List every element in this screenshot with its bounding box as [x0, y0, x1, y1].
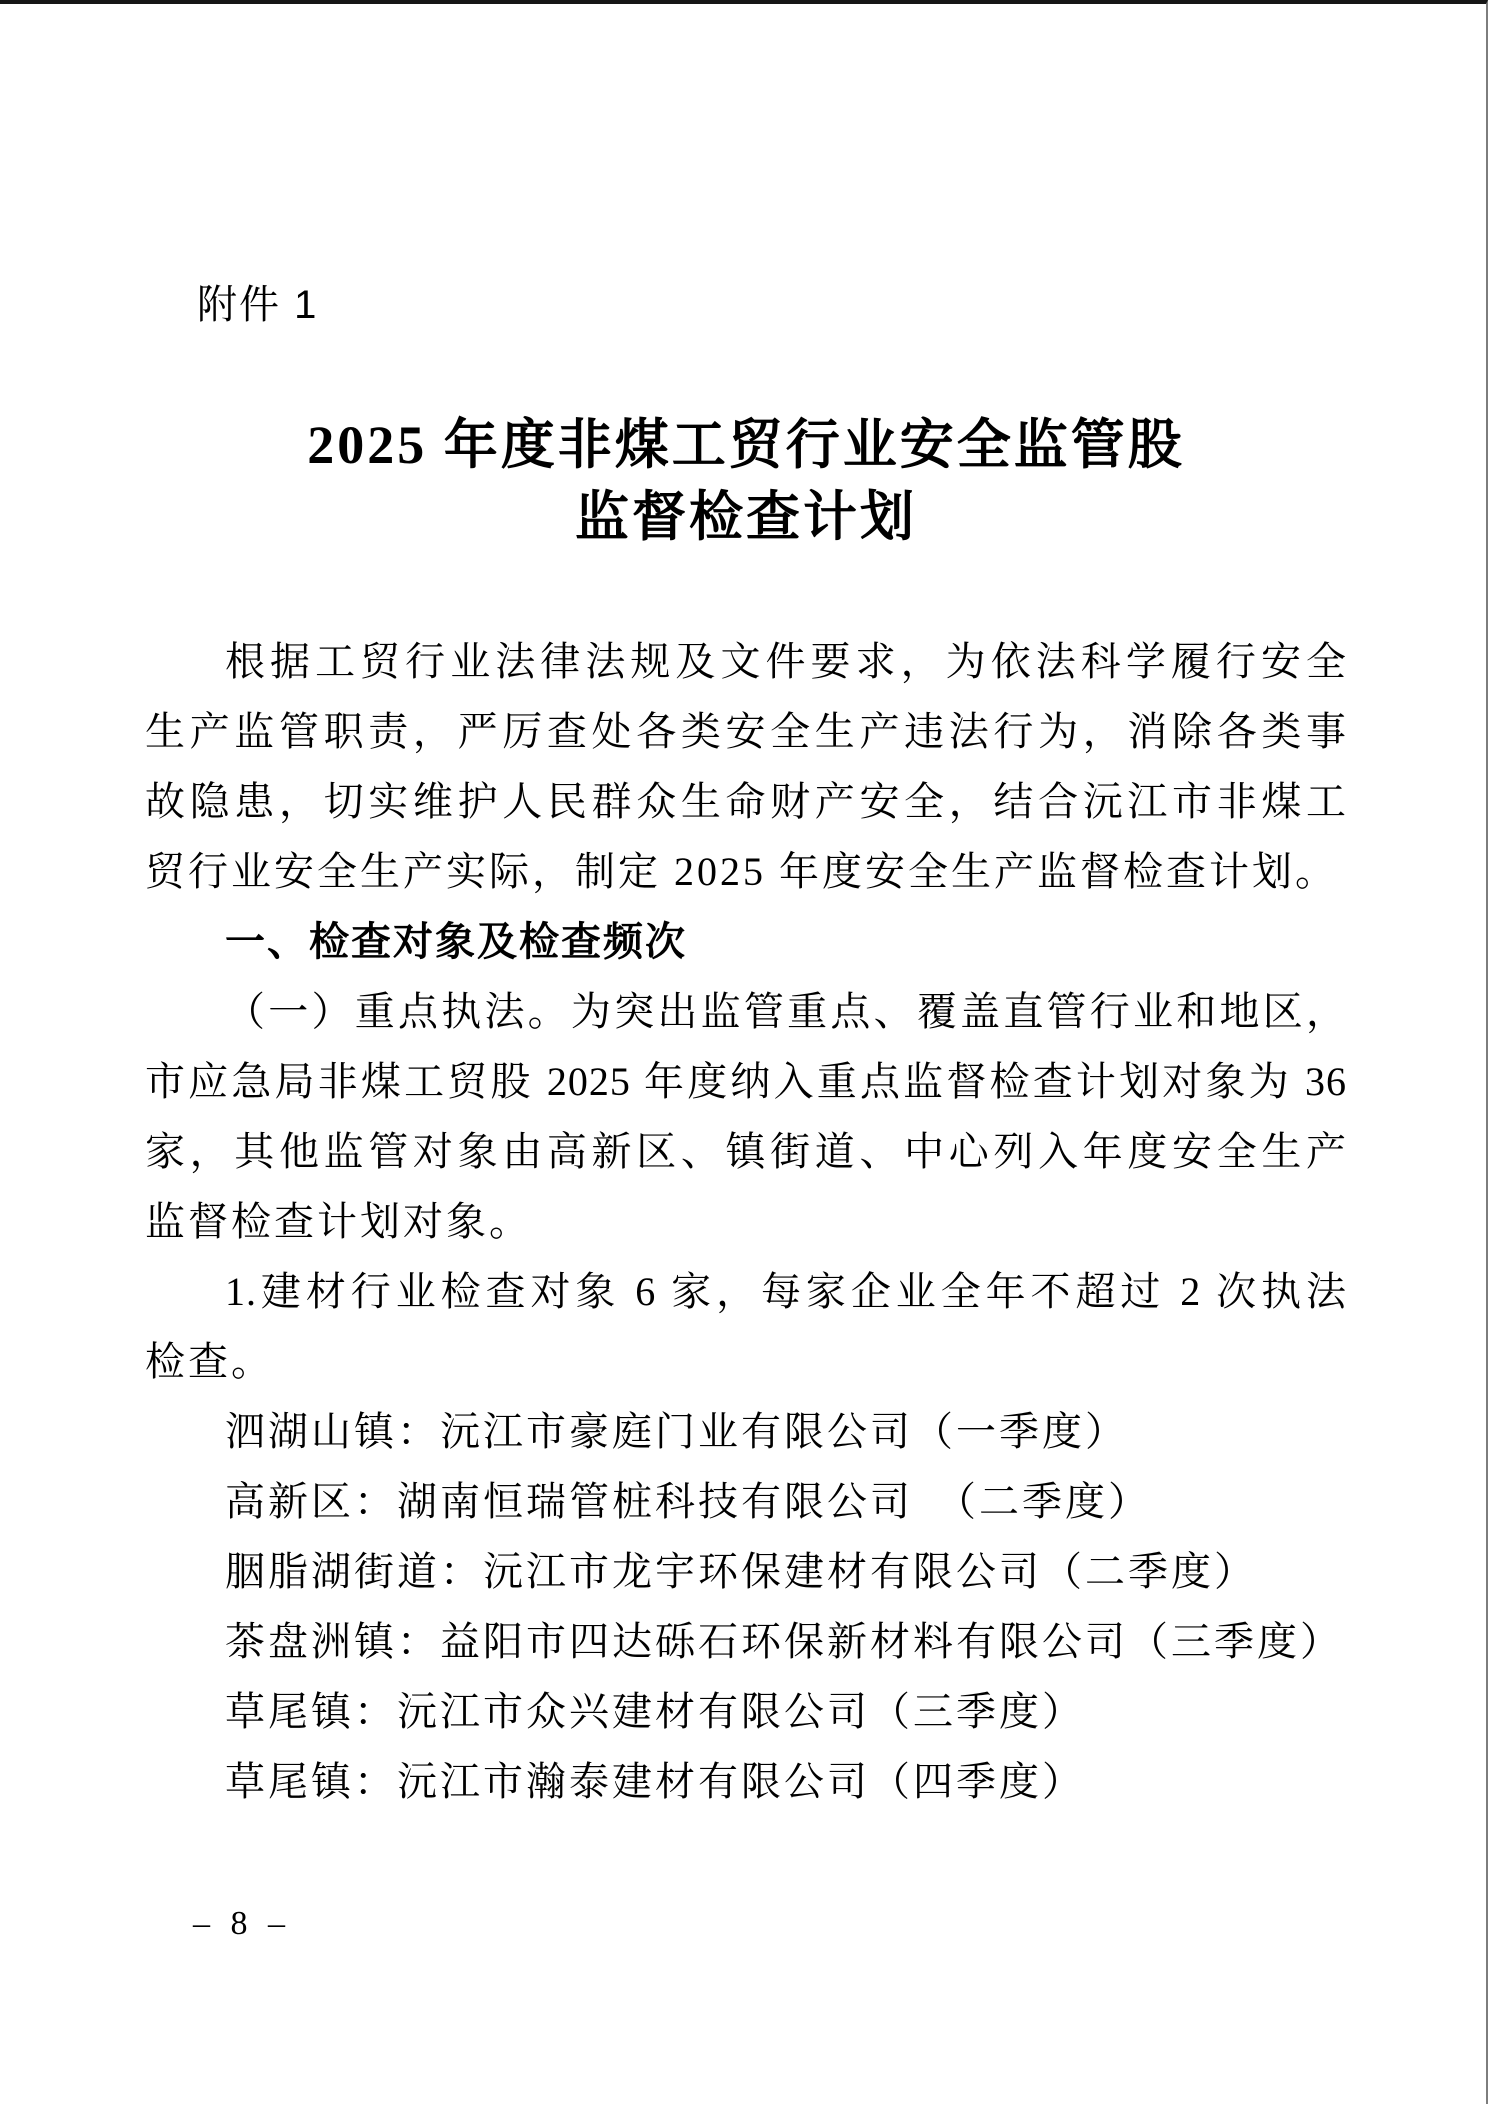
- paragraph-1-line: 根据工贸行业法律法规及文件要求，为依法科学履行安全: [145, 627, 1347, 697]
- paragraph-1-line: 贸行业安全生产实际，制定 2025 年度安全生产监督检查计划。: [145, 837, 1347, 907]
- inspection-list-item: 草尾镇：沅江市众兴建材有限公司（三季度）: [145, 1677, 1347, 1747]
- paragraph-2-line: 监督检查计划对象。: [145, 1187, 1347, 1257]
- page-number: – 8 –: [193, 1902, 291, 1946]
- section-heading: 一、检查对象及检查频次: [145, 907, 1347, 977]
- inspection-list-item: 泗湖山镇：沅江市豪庭门业有限公司（一季度）: [145, 1397, 1347, 1467]
- inspection-list-item: 高新区：湖南恒瑞管桩科技有限公司 （二季度）: [145, 1467, 1347, 1537]
- paragraph-3-line: 检查。: [145, 1327, 1347, 1397]
- document-body: 根据工贸行业法律法规及文件要求，为依法科学履行安全生产监管职责，严厉查处各类安全…: [145, 627, 1347, 1817]
- document-page: 附件 1 2025 年度非煤工贸行业安全监管股 监督检查计划 根据工贸行业法律法…: [0, 0, 1488, 2104]
- paragraph-2-line: 市应急局非煤工贸股 2025 年度纳入重点监督检查计划对象为 36: [145, 1047, 1347, 1117]
- document-title-line-1: 2025 年度非煤工贸行业安全监管股: [145, 409, 1347, 481]
- document-title: 2025 年度非煤工贸行业安全监管股 监督检查计划: [145, 409, 1347, 553]
- inspection-list-item: 草尾镇：沅江市瀚泰建材有限公司（四季度）: [145, 1747, 1347, 1817]
- inspection-list-item: 茶盘洲镇：益阳市四达砾石环保新材料有限公司（三季度）: [145, 1607, 1347, 1677]
- paragraph-1-line: 故隐患，切实维护人民群众生命财产安全，结合沅江市非煤工: [145, 767, 1347, 837]
- paragraph-1-line: 生产监管职责，严厉查处各类安全生产违法行为，消除各类事: [145, 697, 1347, 767]
- inspection-list-item: 胭脂湖街道：沅江市龙宇环保建材有限公司（二季度）: [145, 1537, 1347, 1607]
- paragraph-2-line: 家，其他监管对象由高新区、镇街道、中心列入年度安全生产: [145, 1117, 1347, 1187]
- document-title-line-2: 监督检查计划: [145, 481, 1347, 553]
- paragraph-2-line: （一）重点执法。为突出监管重点、覆盖直管行业和地区，: [145, 977, 1347, 1047]
- attachment-label: 附件 1: [197, 280, 318, 330]
- paragraph-3-line: 1.建材行业检查对象 6 家，每家企业全年不超过 2 次执法: [145, 1257, 1347, 1327]
